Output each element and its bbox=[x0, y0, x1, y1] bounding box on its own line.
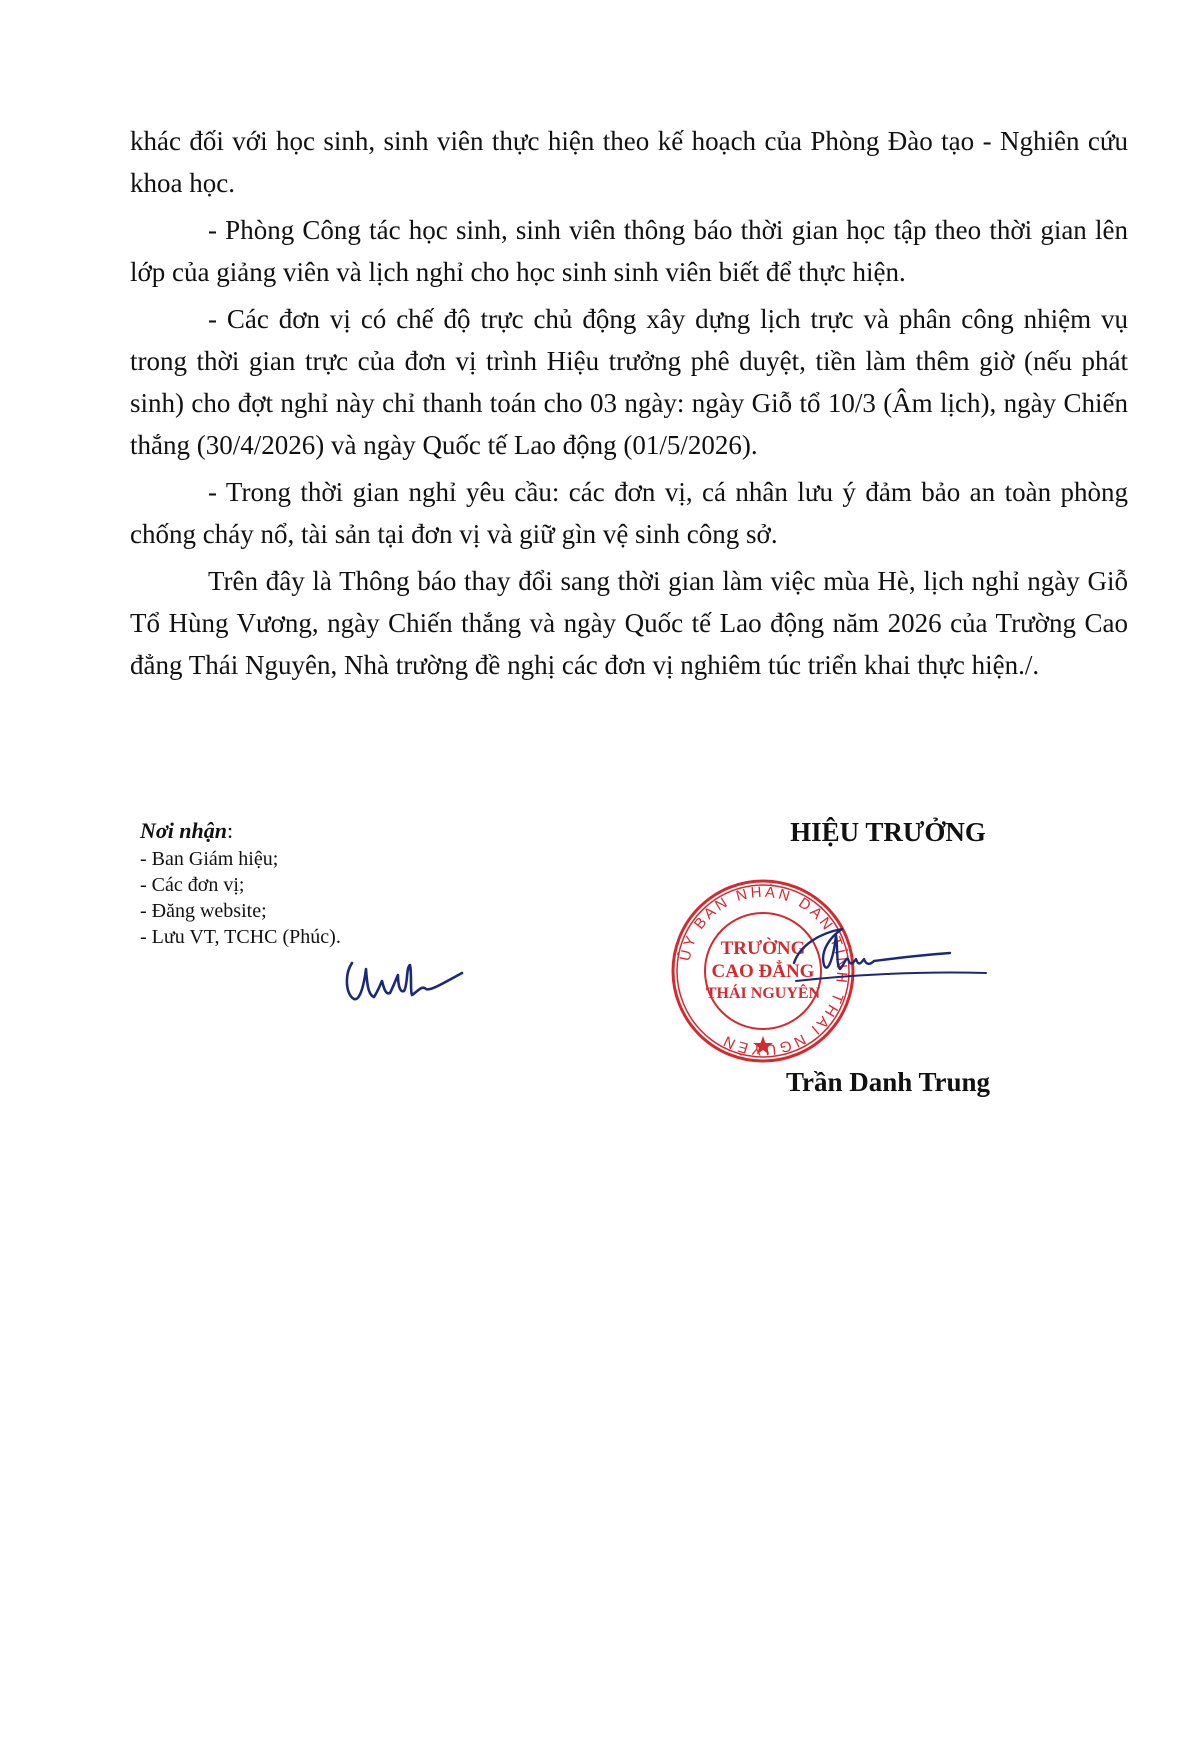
signer-title: HIỆU TRƯỞNG bbox=[730, 812, 1046, 852]
initial-signature-icon bbox=[340, 955, 465, 1005]
document-page: khác đối với học sinh, sinh viên thực hi… bbox=[0, 0, 1200, 1755]
recipient-item: - Đăng website; bbox=[140, 898, 341, 924]
paragraph-duty-schedule: - Các đơn vị có chế độ trực chủ động xây… bbox=[130, 298, 1128, 466]
paragraph-conclusion: Trên đây là Thông báo thay đổi sang thời… bbox=[130, 560, 1128, 686]
paragraph-student-affairs: - Phòng Công tác học sinh, sinh viên thô… bbox=[130, 209, 1128, 293]
recipients-block: Nơi nhận: - Ban Giám hiệu; - Các đơn vị;… bbox=[140, 818, 341, 950]
recipients-title: Nơi nhận: bbox=[140, 818, 341, 844]
paragraph-continuation: khác đối với học sinh, sinh viên thực hi… bbox=[130, 120, 1128, 204]
recipient-item: - Các đơn vị; bbox=[140, 872, 341, 898]
paragraph-safety: - Trong thời gian nghỉ yêu cầu: các đơn … bbox=[130, 471, 1128, 555]
signer-name: Trần Danh Trung bbox=[730, 1062, 1046, 1102]
recipients-list: - Ban Giám hiệu; - Các đơn vị; - Đăng we… bbox=[140, 846, 341, 950]
signature-block: HIỆU TRƯỞNG bbox=[730, 812, 1046, 852]
principal-signature-icon bbox=[790, 915, 990, 995]
recipient-item: - Lưu VT, TCHC (Phúc). bbox=[140, 924, 341, 950]
recipient-item: - Ban Giám hiệu; bbox=[140, 846, 341, 872]
document-body: khác đối với học sinh, sinh viên thực hi… bbox=[130, 120, 1128, 691]
